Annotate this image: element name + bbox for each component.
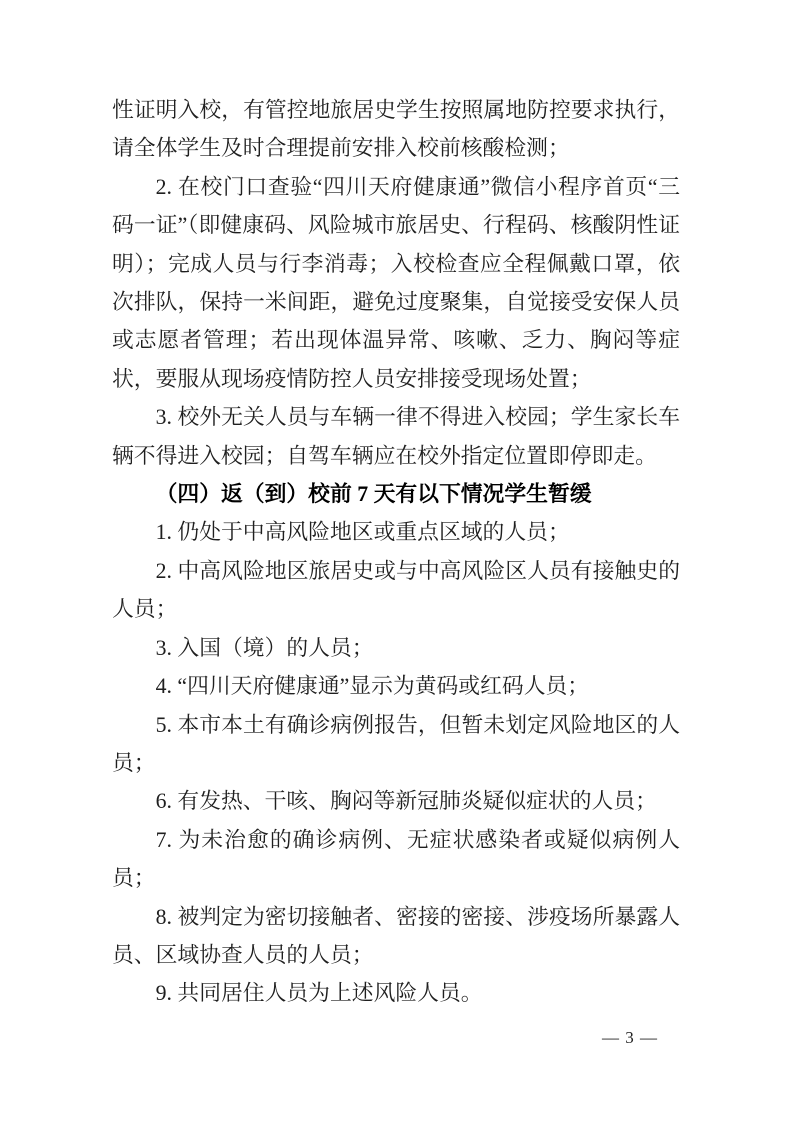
list-item-1: 1. 仍处于中高风险地区或重点区域的人员； <box>112 513 680 551</box>
document-body: 性证明入校，有管控地旅居史学生按照属地防控要求执行，请全体学生及时合理提前安排入… <box>112 91 680 1013</box>
list-item-7: 7. 为未治愈的确诊病例、无症状感染者或疑似病例人员； <box>112 821 680 898</box>
list-item-6: 6. 有发热、干咳、胸闷等新冠肺炎疑似症状的人员； <box>112 782 680 820</box>
section-heading: （四）返（到）校前 7 天有以下情况学生暂缓 <box>112 475 680 513</box>
list-item-3: 3. 入国（境）的人员； <box>112 629 680 667</box>
list-item-5: 5. 本市本土有确诊病例报告，但暂未划定风险地区的人员； <box>112 706 680 783</box>
paragraph-rule-3: 3. 校外无关人员与车辆一律不得进入校园；学生家长车辆不得进入校园；自驾车辆应在… <box>112 398 680 475</box>
page-number: — 3 — <box>602 1026 658 1050</box>
list-item-8: 8. 被判定为密切接触者、密接的密接、涉疫场所暴露人员、区域协查人员的人员； <box>112 898 680 975</box>
list-item-4: 4. “四川天府健康通”显示为黄码或红码人员； <box>112 667 680 705</box>
list-item-9: 9. 共同居住人员为上述风险人员。 <box>112 974 680 1012</box>
paragraph-rule-2: 2. 在校门口查验“四川天府健康通”微信小程序首页“三码一证”（即健康码、风险城… <box>112 168 680 398</box>
list-item-2: 2. 中高风险地区旅居史或与中高风险区人员有接触史的人员； <box>112 552 680 629</box>
document-page: 性证明入校，有管控地旅居史学生按照属地防控要求执行，请全体学生及时合理提前安排入… <box>0 0 793 1122</box>
paragraph-continuation: 性证明入校，有管控地旅居史学生按照属地防控要求执行，请全体学生及时合理提前安排入… <box>112 91 680 168</box>
